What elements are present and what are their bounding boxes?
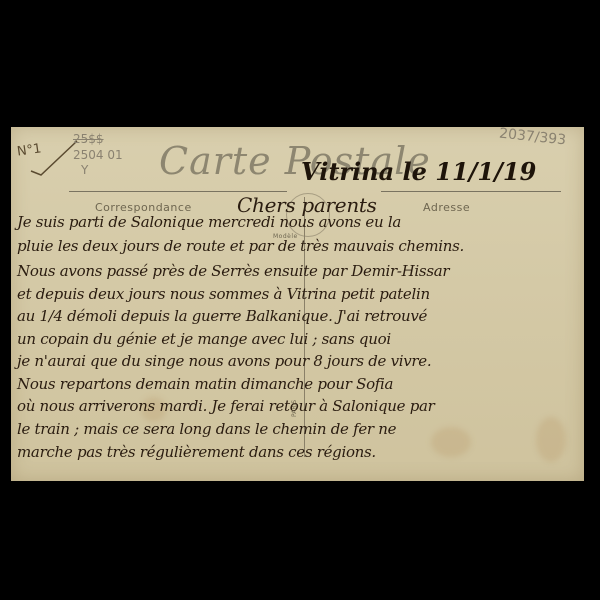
- letter-line: Nous repartons demain matin dimanche pou…: [17, 375, 393, 393]
- letter-line: pluie les deux jours de route et par de …: [17, 237, 464, 255]
- letter-line: je n'aurai que du singe nous avons pour …: [17, 352, 431, 370]
- vertical-divider: [304, 197, 305, 457]
- letter-line: au 1/4 démoli depuis la guerre Balkaniqu…: [17, 307, 427, 325]
- letter-line: marche pas très régulièrement dans ces r…: [17, 443, 376, 461]
- letter-line: où nous arriverons mardi. Je ferai retou…: [17, 397, 435, 415]
- stain: [431, 427, 471, 457]
- postcard: N°1 25$$ 2504 01 Y 2037/393 Carte Postal…: [11, 127, 584, 481]
- letter-line: un copain du génie et je mange avec lui …: [17, 330, 391, 348]
- letter-line: Je suis parti de Salonique mercredi nous…: [17, 213, 401, 231]
- address-label: Adresse: [423, 201, 470, 214]
- pencil-code-1: 25$$: [73, 132, 104, 146]
- letter-line: et depuis deux jours nous sommes à Vitri…: [17, 285, 430, 303]
- catalog-ref: 2037/393: [498, 126, 566, 149]
- pencil-code-2: 2504 01: [73, 148, 123, 162]
- letter-line: le train ; mais ce sera long dans le che…: [17, 420, 396, 438]
- letter-line: Nous avons passé près de Serrès ensuite …: [17, 262, 449, 280]
- place-date: Vitrina le 11/1/19: [301, 157, 536, 186]
- stain: [536, 417, 566, 462]
- pencil-check-mark: [29, 137, 79, 177]
- header-rule-right: [381, 191, 561, 192]
- pencil-code-3: Y: [81, 163, 88, 177]
- header-rule: [69, 191, 287, 192]
